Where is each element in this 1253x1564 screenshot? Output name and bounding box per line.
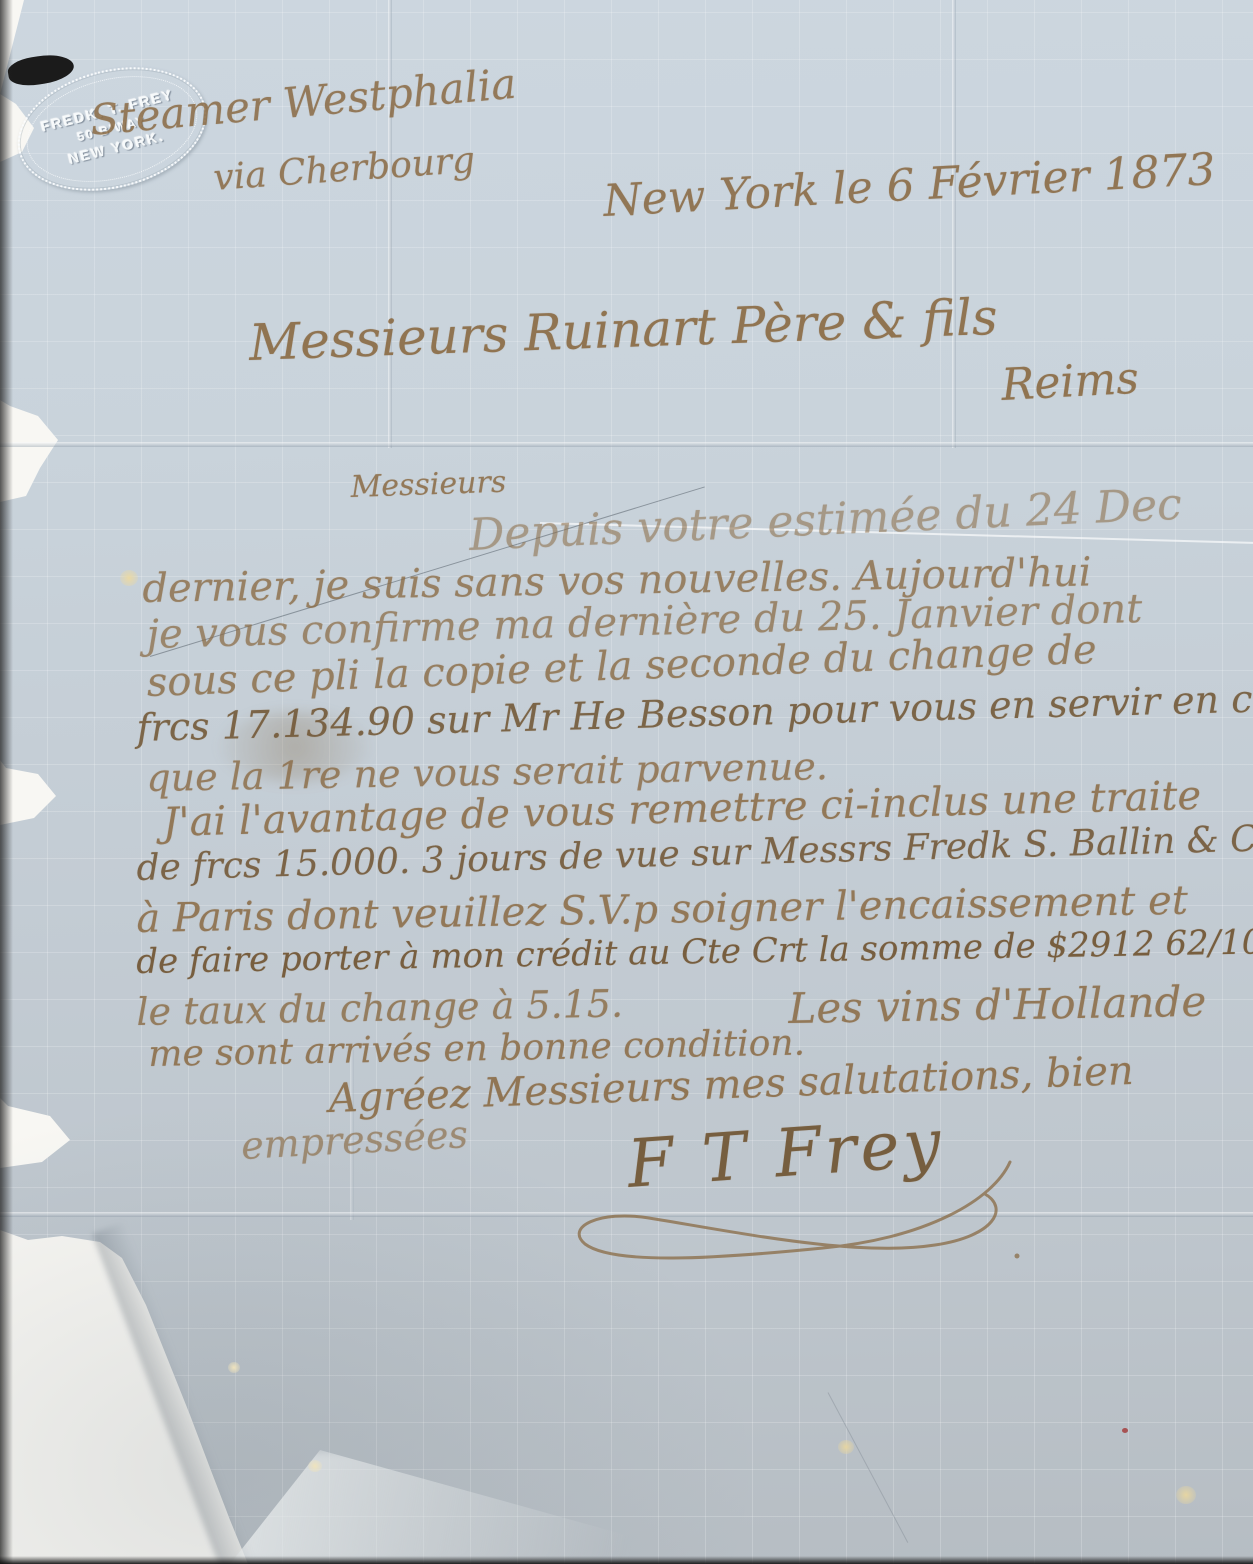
letter-scan: FREDK. T. FREY 50 B'WAY NEW YORK. Steame… xyxy=(0,0,1253,1564)
body-line: Les vins d'Hollande xyxy=(788,977,1207,1033)
salutation: Messieurs xyxy=(350,465,507,505)
addressee-city: Reims xyxy=(1000,353,1140,411)
